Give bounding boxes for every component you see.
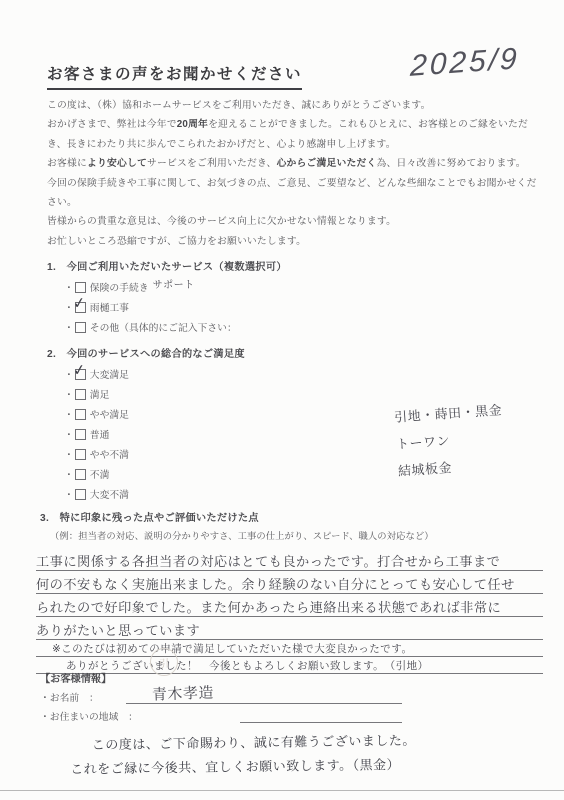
q3-heading: 3. 特に印象に残った点やご評価いただけた点 bbox=[40, 509, 434, 524]
checkbox-option: ・大変不満 bbox=[64, 484, 245, 504]
comment-area: 工事に関係する各担当者の対応はとても良かったです。打合せから工事まで何の不安もな… bbox=[36, 548, 543, 674]
side-note-annotation: 引地・蒔田・黒金トーワン結城板金 bbox=[393, 396, 506, 484]
q1-heading: 1. 今回ご利用いただいたサービス（複数選択可） bbox=[47, 258, 287, 273]
checkbox: ✓ bbox=[75, 369, 86, 380]
staff-reply-line: ※このたびは初めての申請で満足していただいた様で大変良かったです。 bbox=[36, 640, 543, 657]
customer-info-heading: 【お客様情報】 bbox=[40, 670, 402, 685]
q1-options: ・保険の手続きサポート・✓雨樋工事・その他（具体的にご記入下さい： bbox=[64, 277, 287, 337]
checkbox-option: ・不満 bbox=[64, 464, 245, 484]
checkbox-option: ・✓雨樋工事 bbox=[64, 297, 287, 317]
handwritten-annotation: サポート bbox=[153, 276, 195, 291]
checkbox-option: ・満足 bbox=[64, 384, 245, 404]
customer-info-section: 【お客様情報】 ・お名前 ： 青木孝造 ・お住まいの地域 ： bbox=[40, 670, 402, 723]
check-mark: ✓ bbox=[72, 360, 87, 380]
check-mark: ✓ bbox=[72, 293, 87, 313]
intro-line: お客様により安心してサービスをご利用いただき、心からご満足いただく為、日々改善に… bbox=[47, 154, 545, 173]
handwritten-date: 2025/9 bbox=[410, 42, 521, 84]
checkbox-option: ・普通 bbox=[64, 424, 245, 444]
q3-section: 3. 特に印象に残った点やご評価いただけた点 （例：担当者の対応、説明の分かりや… bbox=[40, 509, 434, 542]
checkbox bbox=[75, 469, 86, 480]
area-underline bbox=[240, 703, 402, 723]
checkbox-option: ・その他（具体的にご記入下さい： bbox=[64, 317, 287, 337]
intro-paragraphs: この度は、（株）協和ホームサービスをご利用いただき、誠にありがとうございます。お… bbox=[47, 96, 545, 251]
option-label: その他（具体的にご記入下さい： bbox=[90, 320, 237, 334]
q3-example: （例：担当者の対応、説明の分かりやすさ、工事の仕上がり、スピード、職人の対応など… bbox=[50, 528, 434, 542]
checkbox bbox=[75, 282, 86, 293]
intro-line: お忙しいところ恐縮ですが、ご協力をお願いいたします。 bbox=[47, 232, 545, 251]
intro-line: おかげさまで、弊社は今年で20周年を迎えることができました。これもひとえに、お客… bbox=[47, 115, 545, 154]
closing-note-line: これをご縁に今後共、宜しくお願い致します。（黒金） bbox=[70, 753, 416, 782]
area-label: ・お住まいの地域 ： bbox=[40, 709, 152, 723]
scan-edge-line bbox=[0, 790, 564, 791]
q1-section: 1. 今回ご利用いただいたサービス（複数選択可） ・保険の手続きサポート・✓雨樋… bbox=[47, 258, 287, 337]
closing-note: この度は、ご下命賜わり、誠に有難うございました。これをご縁に今後共、宜しくお願い… bbox=[92, 729, 417, 782]
q2-options: ・✓大変満足・満足・やや満足・普通・やや不満・不満・大変不満 bbox=[64, 364, 245, 504]
handwritten-name: 青木孝造 bbox=[126, 684, 215, 704]
checkbox-option: ・やや満足 bbox=[64, 404, 245, 424]
checkbox bbox=[75, 409, 86, 420]
comment-line: 工事に関係する各担当者の対応はとても良かったです。打合せから工事まで bbox=[36, 548, 543, 571]
option-label: 不満 bbox=[90, 467, 110, 481]
option-label: 普通 bbox=[90, 427, 110, 441]
checkbox bbox=[75, 449, 86, 460]
checkbox bbox=[75, 429, 86, 440]
name-label: ・お名前 ： bbox=[40, 690, 126, 704]
checkbox-option: ・保険の手続きサポート bbox=[64, 277, 287, 297]
comment-line: られたので好印象でした。また何かあったら連絡出来る状態であれば非常に bbox=[36, 594, 543, 617]
checkbox-option: ・やや不満 bbox=[64, 444, 245, 464]
option-label: やや満足 bbox=[90, 407, 129, 421]
comment-line: ありがたいと思っています bbox=[36, 617, 543, 640]
intro-line: 今回の保険手続きや工事に関して、お気づきの点、ご意見、ご要望など、どんな些細なこ… bbox=[47, 174, 545, 213]
intro-line: この度は、（株）協和ホームサービスをご利用いただき、誠にありがとうございます。 bbox=[47, 96, 545, 115]
name-field-row: ・お名前 ： 青木孝造 bbox=[40, 685, 402, 704]
checkbox bbox=[75, 322, 86, 333]
q2-section: 2. 今回のサービスへの総合的なご満足度 ・✓大変満足・満足・やや満足・普通・や… bbox=[47, 345, 245, 504]
option-label: 雨樋工事 bbox=[90, 300, 129, 314]
checkbox-option: ・✓大変満足 bbox=[64, 364, 245, 384]
comment-line: 何の不安もなく実施出来ました。余り経験のない自分にとっても安心して任せ bbox=[36, 571, 543, 594]
option-label: やや不満 bbox=[90, 447, 129, 461]
intro-line: 皆様からの貴重な意見は、今後のサービス向上に欠かせない情報となります。 bbox=[47, 212, 545, 231]
q2-heading: 2. 今回のサービスへの総合的なご満足度 bbox=[47, 345, 245, 360]
checkbox: ✓ bbox=[75, 302, 86, 313]
name-underline: 青木孝造 bbox=[126, 684, 402, 704]
option-label: 大変不満 bbox=[90, 487, 129, 501]
area-field-row: ・お住まいの地域 ： bbox=[40, 704, 402, 723]
checkbox bbox=[75, 489, 86, 500]
option-label: 大変満足 bbox=[90, 367, 129, 381]
checkbox bbox=[75, 389, 86, 400]
scanned-survey-page: お客さまの声をお聞かせください 2025/9 この度は、（株）協和ホームサービス… bbox=[0, 0, 564, 800]
form-title: お客さまの声をお聞かせください bbox=[47, 62, 302, 90]
option-label: 満足 bbox=[90, 387, 110, 401]
option-label: 保険の手続き bbox=[90, 280, 149, 294]
